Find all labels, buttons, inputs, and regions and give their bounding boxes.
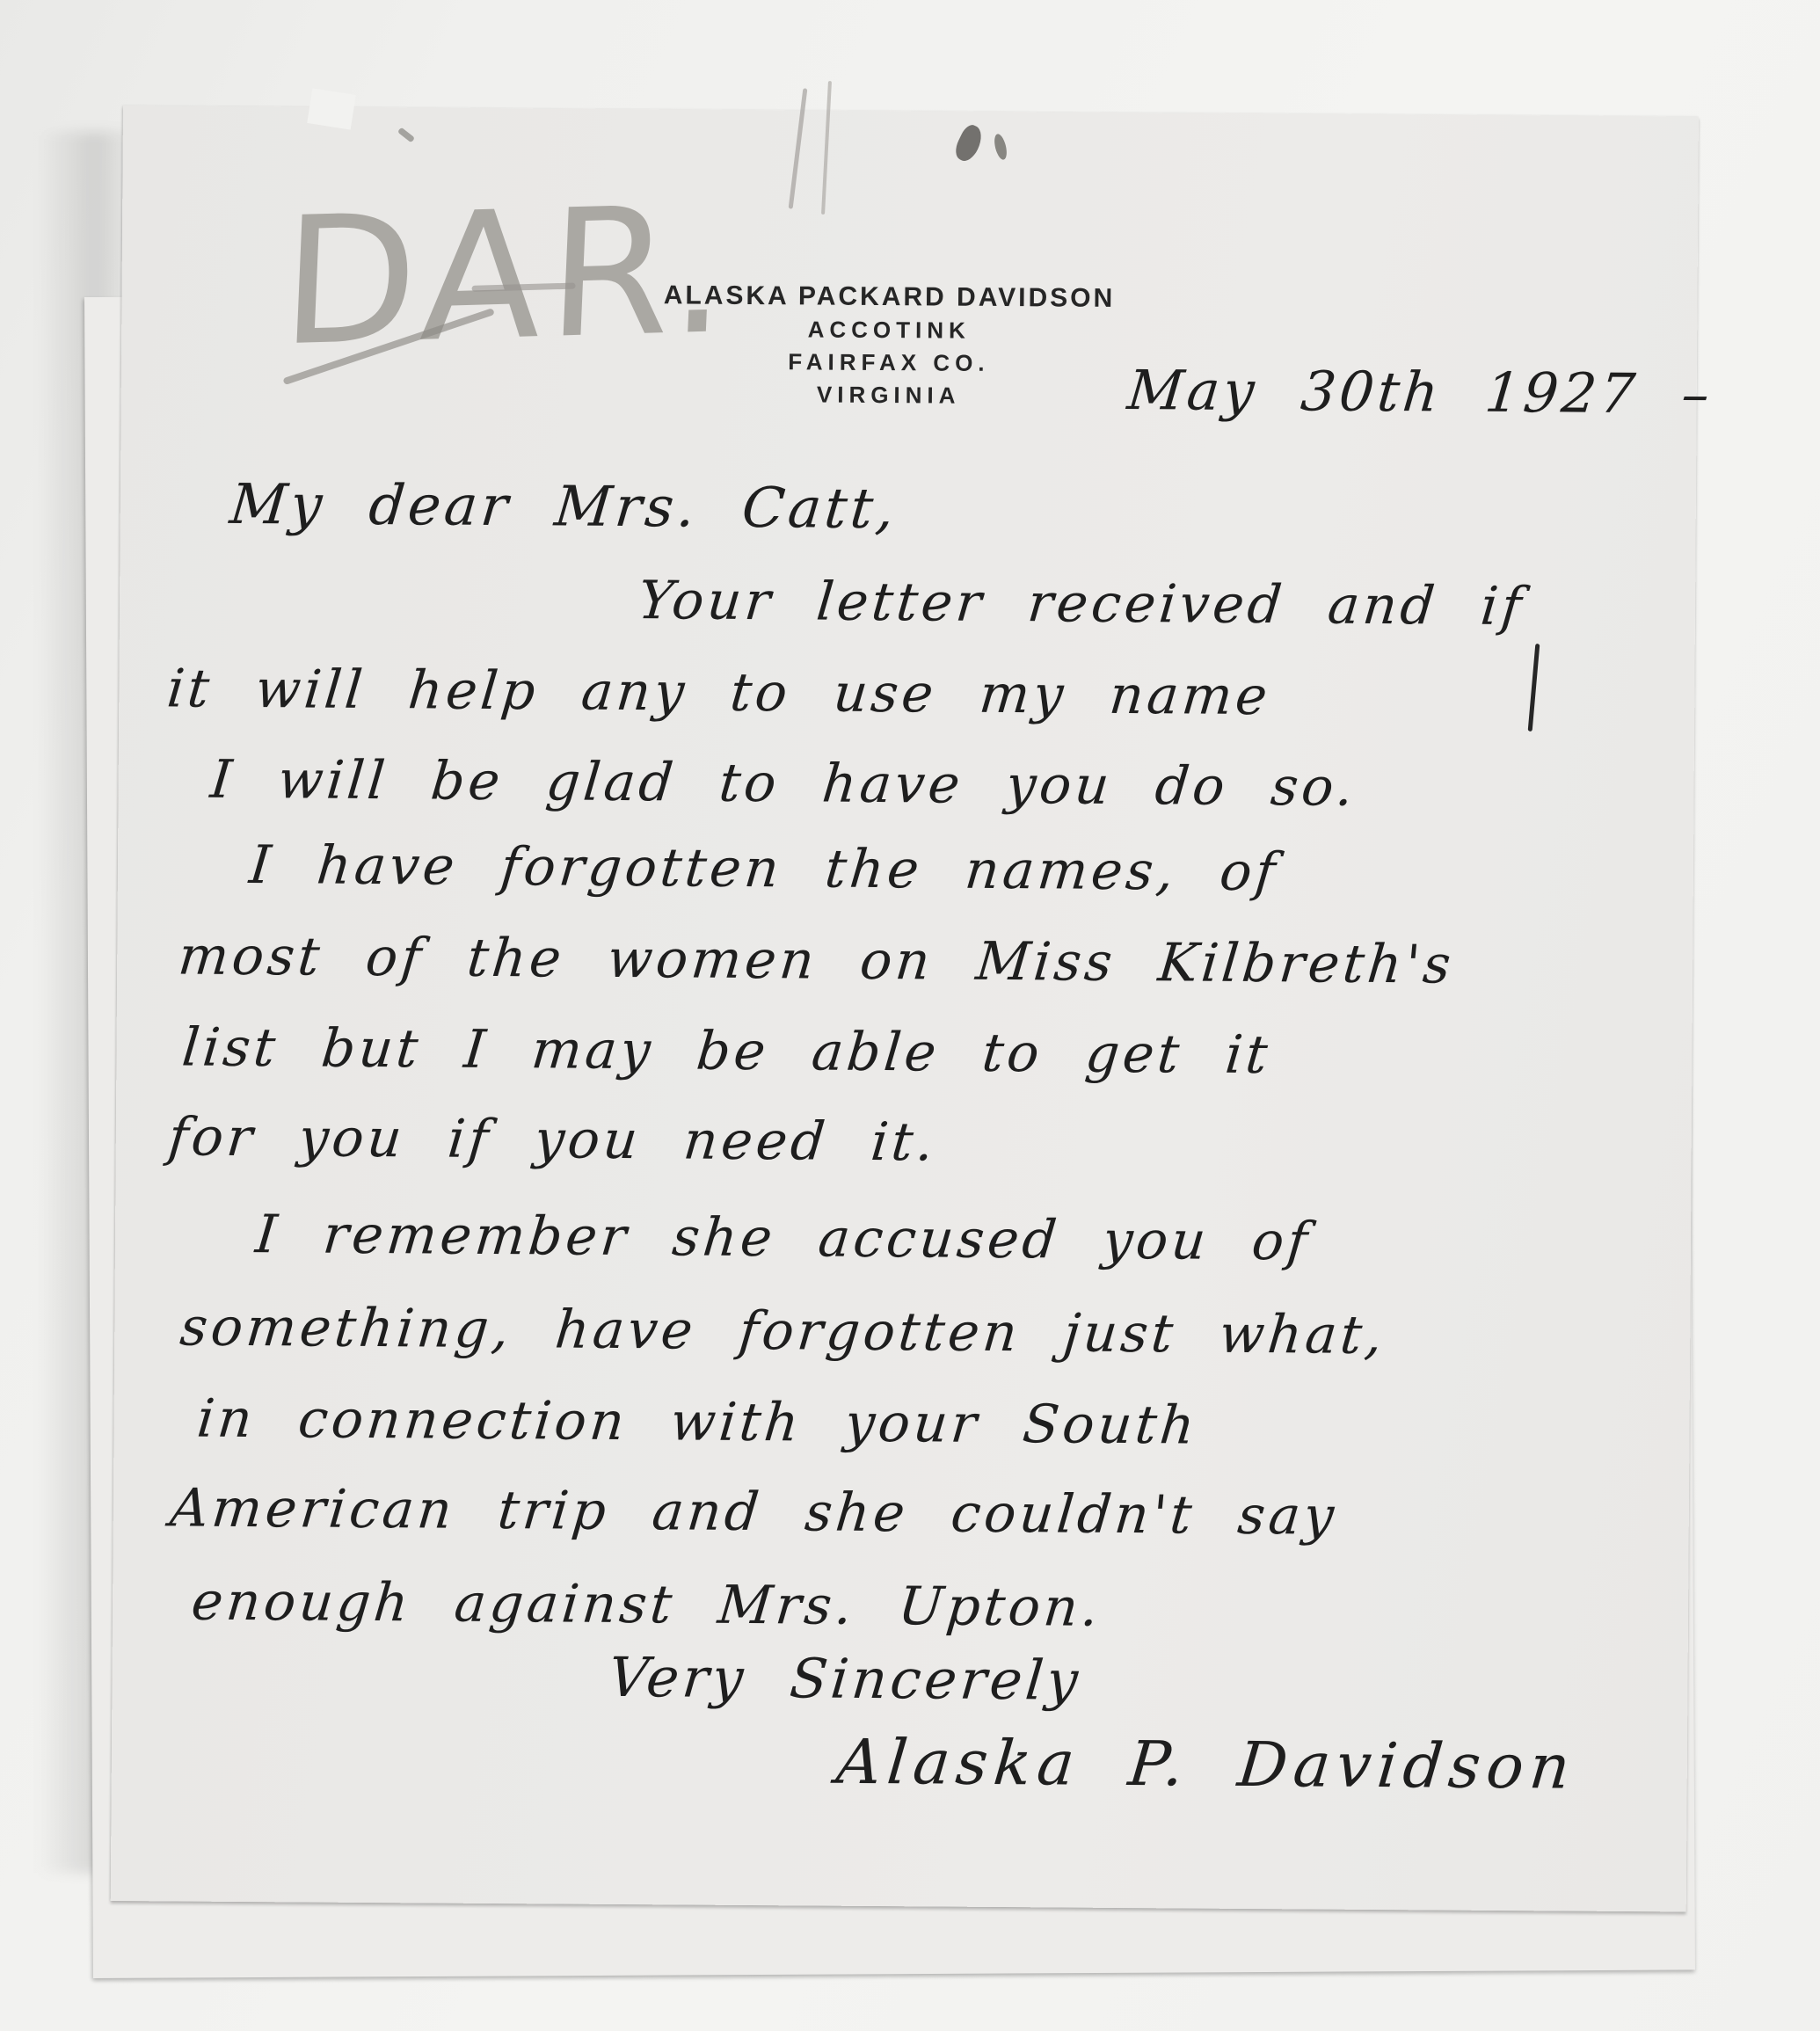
handwritten-line: I will be glad to have you do so. bbox=[208, 751, 1359, 817]
handwritten-date: May 30th 1927 – bbox=[1125, 360, 1716, 425]
handwritten-line: something, have forgotten just what, bbox=[178, 1299, 1388, 1365]
handwritten-line: American trip and she couldn't say bbox=[168, 1479, 1340, 1545]
closing-valediction: Very Sincerely bbox=[606, 1648, 1083, 1711]
letterhead-name: ALASKA PACKARD DAVIDSON bbox=[664, 279, 1116, 316]
handwritten-line: list but I may be able to get it bbox=[179, 1019, 1273, 1085]
handwritten-line: most of the women on Miss Kilbreth's bbox=[176, 927, 1456, 994]
handwritten-line: I have forgotten the names, of bbox=[247, 836, 1281, 901]
handwritten-line: it will help any to use my name bbox=[164, 659, 1273, 725]
handwritten-line: enough against Mrs. Upton. bbox=[189, 1573, 1104, 1637]
printed-letterhead: ALASKA PACKARD DAVIDSON ACCOTINK FAIRFAX… bbox=[663, 279, 1115, 413]
scanned-letter-page: { "annotation": { "pencil_note": "DAR." … bbox=[0, 0, 1820, 2031]
handwritten-line: in connection with your South bbox=[194, 1390, 1200, 1455]
letterhead-state: VIRGINIA bbox=[663, 377, 1115, 413]
handwritten-line: for you if you need it. bbox=[166, 1108, 940, 1171]
letterhead-county: FAIRFAX CO. bbox=[663, 345, 1115, 381]
handwritten-line: Your letter received and if bbox=[636, 571, 1527, 636]
salutation: My dear Mrs. Catt, bbox=[228, 474, 900, 540]
torn-edge-notch bbox=[307, 88, 356, 129]
letter-paper: DAR. ALASKA PACKARD DAVIDSON ACCOTINK FA… bbox=[111, 106, 1699, 1911]
letterhead-town: ACCOTINK bbox=[663, 312, 1115, 348]
handwritten-line: I remember she accused you of bbox=[253, 1205, 1314, 1270]
signature: Alaska P. Davidson bbox=[834, 1729, 1578, 1802]
